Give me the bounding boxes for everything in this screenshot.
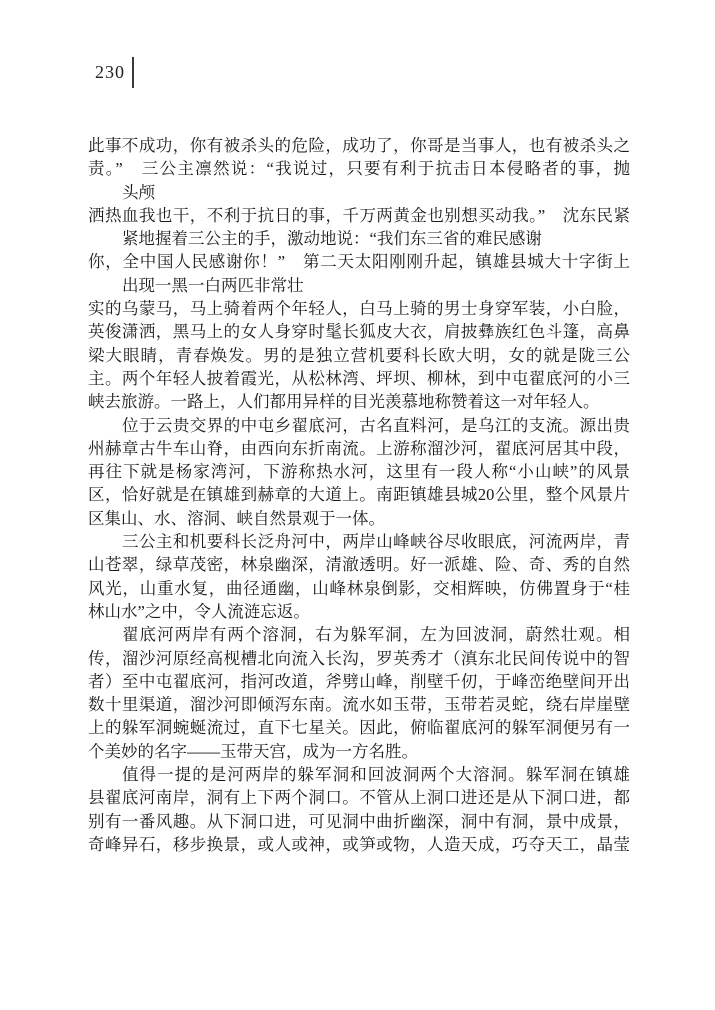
text-line: 者）至中屯翟底河，指河改道，斧劈山峰，削壁千仞，于峰峦绝壁间开出 — [88, 670, 630, 693]
text-line: 数十里渠道，溜沙河即倾泻东南。流水如玉带，玉带若灵蛇，绕右岸崖壁 — [88, 693, 630, 716]
text-line: 位于云贵交界的中屯乡翟底河，古名直料河，是乌江的支流。源出贵 — [88, 414, 630, 437]
text-block: 此事不成功，你有被杀头的危险，成功了，你哥是当事人，也有被杀头之 责。” 三公主… — [88, 134, 630, 856]
text-line: 个美妙的名字——玉带天宫，成为一方名胜。 — [88, 740, 630, 763]
text-line: 头颅 — [88, 181, 630, 204]
text-line: 山苍翠，绿草茂密，林泉幽深，清澈透明。好一派雄、险、奇、秀的自然 — [88, 553, 630, 576]
text-line: 传，溜沙河原经高枧槽北向流入长沟，罗英秀才（滇东北民间传说中的智 — [88, 647, 630, 670]
text-line: 奇峰异石，移步换景，或人或神，或笋或物，人造天成，巧夺天工，晶莹 — [88, 833, 630, 856]
text-line: 区，恰好就是在镇雄到赫章的大道上。南距镇雄县城20公里，整个风景片 — [88, 483, 630, 506]
text-line: 州赫章古牛车山脊，由西向东折南流。上游称溜沙河，翟底河居其中段， — [88, 437, 630, 460]
book-page: 230 此事不成功，你有被杀头的危险，成功了，你哥是当事人，也有被杀头之 责。”… — [0, 0, 715, 1010]
text-line: 洒热血我也干，不利于抗日的事，千万两黄金也别想买动我。” 沈东民紧 — [88, 204, 630, 227]
text-line: 紧地握着三公主的手，激动地说：“我们东三省的难民感谢 — [88, 227, 630, 250]
text-line: 三公主和机要科长泛舟河中，两岸山峰峡谷尽收眼底，河流两岸，青 — [88, 530, 630, 553]
text-line: 主。两个年轻人披着霞光，从松林湾、坪坝、柳林，到中屯翟底河的小三 — [88, 367, 630, 390]
text-line: 英俊潇洒，黑马上的女人身穿时髦长狐皮大衣，肩披彝族红色斗篷，高鼻 — [88, 320, 630, 343]
text-line: 你，全中国人民感谢你！” 第二天太阳刚刚升起，镇雄县城大十字街上 — [88, 250, 630, 273]
page-number-divider — [132, 57, 134, 88]
text-line: 责。” 三公主凛然说：“我说过，只要有利于抗击日本侵略者的事，抛 — [88, 157, 630, 180]
text-line: 此事不成功，你有被杀头的危险，成功了，你哥是当事人，也有被杀头之 — [88, 134, 630, 157]
text-line: 翟底河两岸有两个溶洞，右为躲军洞，左为回波洞，蔚然壮观。相 — [88, 623, 630, 646]
text-line: 梁大眼睛，青春焕发。男的是独立营机要科长欧大明，女的就是陇三公 — [88, 344, 630, 367]
text-line: 上的躲军洞蜿蜒流过，直下七星关。因此，俯临翟底河的躲军洞便另有一 — [88, 716, 630, 739]
text-line: 别有一番风趣。从下洞口进，可见洞中曲折幽深，洞中有洞，景中成景， — [88, 810, 630, 833]
text-line: 县翟底河南岸，洞有上下两个洞口。不管从上洞口进还是从下洞口进，都 — [88, 786, 630, 809]
text-line: 峡去旅游。一路上，人们都用异样的目光羡慕地称赞着这一对年轻人。 — [88, 390, 630, 413]
text-line: 风光，山重水复，曲径通幽，山峰林泉倒影，交相辉映，仿佛置身于“桂 — [88, 577, 630, 600]
text-line: 实的乌蒙马，马上骑着两个年轻人，白马上骑的男士身穿军装，小白脸， — [88, 297, 630, 320]
text-line: 值得一提的是河两岸的躲军洞和回波洞两个大溶洞。躲军洞在镇雄 — [88, 763, 630, 786]
text-line: 出现一黑一白两匹非常壮 — [88, 274, 630, 297]
page-number: 230 — [95, 62, 125, 83]
text-line: 林山水”之中，令人流涟忘返。 — [88, 600, 630, 623]
text-line: 再往下就是杨家湾河，下游称热水河，这里有一段人称“小山峡”的风景 — [88, 460, 630, 483]
text-line: 区集山、水、溶洞、峡自然景观于一体。 — [88, 507, 630, 530]
page-header: 230 — [95, 56, 134, 88]
